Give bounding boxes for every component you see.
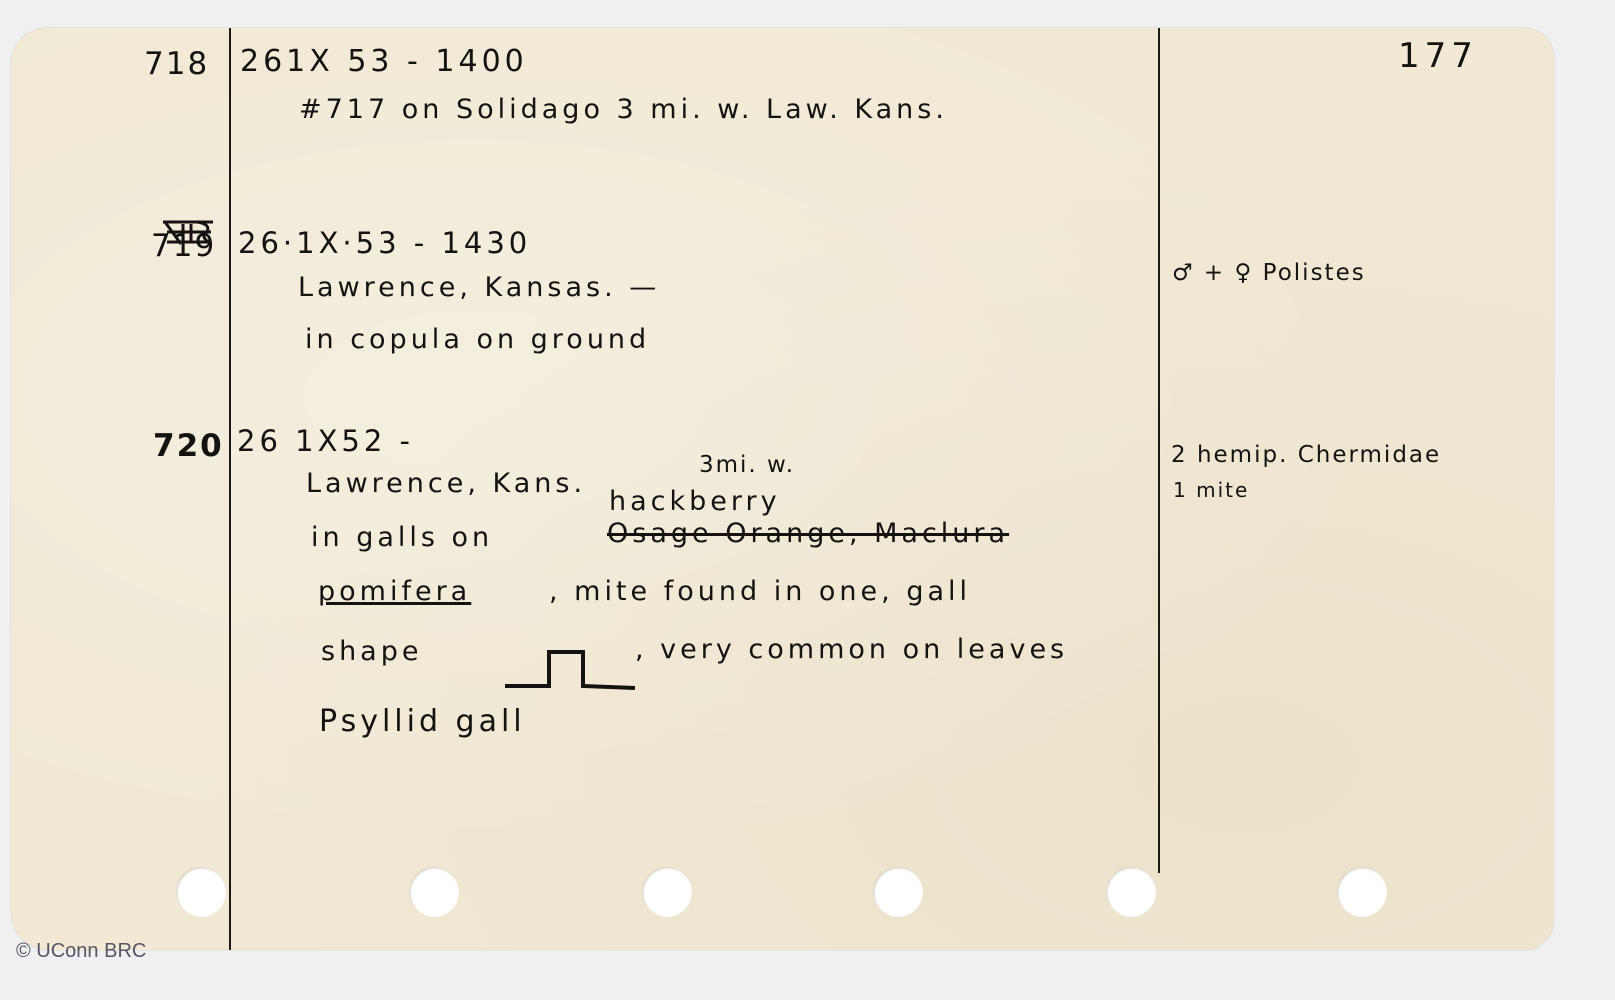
punch-hole [642,867,692,917]
entry-720-struck-host: Osage Orange, Maclura [607,518,1009,549]
entry-720-mite-note: , mite found in one, gall [549,576,971,607]
entry-720-struck-species: pomifera [318,576,471,607]
entry-718-date-time: 261X 53 - 1400 [240,44,528,79]
entry-720-host-correction: hackberry [609,486,781,517]
right-margin-rule [1158,28,1160,873]
punch-hole [176,867,226,917]
entry-number-720: 720 [153,428,224,464]
punch-hole [873,867,923,917]
entry-719-locality: Lawrence, Kansas. — [298,272,660,303]
entry-720-abundance: , very common on leaves [635,634,1068,665]
entry-720-specimen-note: 2 hemip. Chermidae [1171,442,1441,468]
entry-719-identification-note: ♂ + ♀ Polistes [1172,260,1366,286]
punch-hole [1337,867,1387,917]
entry-720-locality-insertion: 3mi. w. [699,452,795,478]
entry-720-shape-label: shape [321,636,422,667]
entry-number-718: 718 [144,46,209,82]
entry-719-habitat: in copula on ground [305,324,650,355]
entry-720-date: 26 1X52 - [237,424,414,458]
entry-720-habitat: in galls on [311,522,493,553]
field-note-card: 177 718 261X 53 - 1400 #717 on Solidago … [11,28,1554,950]
left-margin-rule [229,28,231,950]
punch-hole [409,867,459,917]
copyright-watermark: © UConn BRC [16,940,146,963]
gall-shape-sketch-icon [505,650,635,694]
page-number: 177 [1398,36,1478,76]
entry-720-identification: Psyllid gall [319,704,526,739]
entry-number-719: 719 [151,228,216,264]
punch-hole [1106,867,1156,917]
entry-718-locality: #717 on Solidago 3 mi. w. Law. Kans. [299,94,948,125]
entry-720-mite-count-note: 1 mite [1173,478,1249,502]
entry-719-date-time: 26·1X·53 - 1430 [238,226,531,260]
entry-720-locality: Lawrence, Kans. [306,468,586,499]
